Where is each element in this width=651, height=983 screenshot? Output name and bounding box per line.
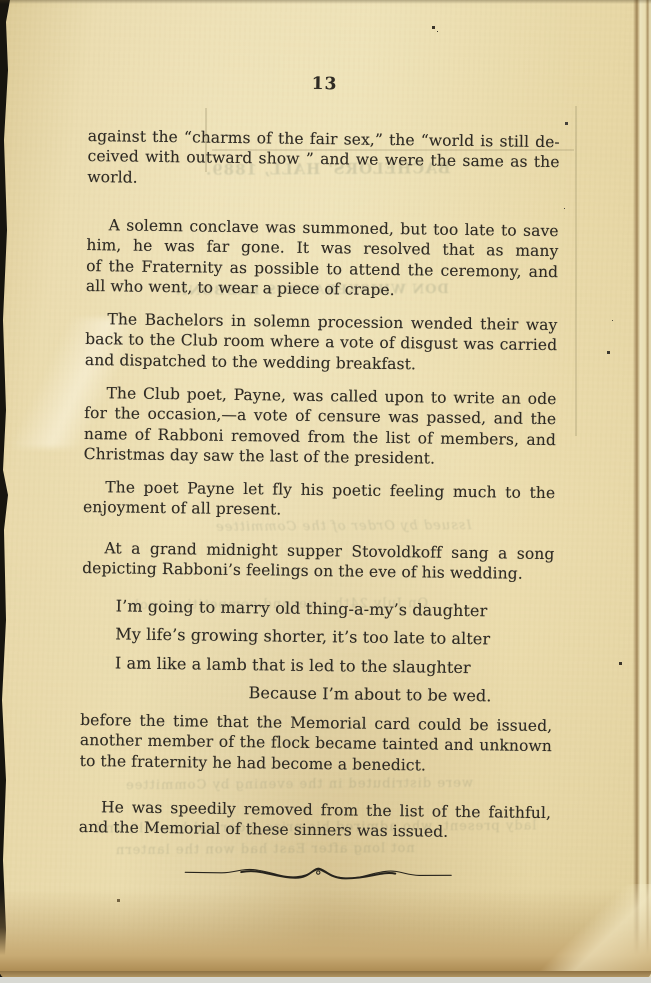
- paragraph: The poet Payne let fly his poetic feelin…: [83, 477, 555, 524]
- paragraph: A solemn conclave was summoned, but too …: [86, 215, 559, 302]
- book-spine-edge: [0, 0, 14, 983]
- poem-verse: I’m going to marry old thing-a-my’s daug…: [114, 592, 545, 711]
- book-page-scan: BACHELORS’ HALL, 1889. DON WHISKERANDOS …: [0, 0, 651, 983]
- paragraph: He was speedily removed from the list of…: [79, 797, 551, 844]
- corner-fold: [531, 884, 651, 974]
- page-stack-edge-right: [633, 0, 651, 983]
- poem-line: Because I’m about to be wed.: [114, 678, 544, 712]
- page-number: 13: [88, 71, 560, 97]
- poem-line: I am like a lamb that is led to the slau…: [115, 649, 545, 683]
- paragraph: before the time that the Memorial card c…: [80, 710, 553, 777]
- printed-text-layer: 13 against the “charms of the fair sex,”…: [78, 126, 560, 912]
- page-edge-top: [0, 0, 651, 4]
- paragraph: The Bachelors in solemn procession wende…: [85, 309, 558, 376]
- wavy-rule-ornament: [183, 863, 453, 889]
- spine-edge-shape: [0, 0, 14, 983]
- scanner-background: [0, 977, 651, 983]
- showthrough-rule: [575, 106, 577, 436]
- paragraph: The Club poet, Payne, was called upon to…: [84, 383, 557, 470]
- paragraph: against the “charms of the fair sex,” th…: [87, 126, 560, 193]
- wavy-rule-icon: [183, 863, 453, 885]
- paragraph: At a grand midnight supper Stovoldkoff s…: [82, 538, 554, 585]
